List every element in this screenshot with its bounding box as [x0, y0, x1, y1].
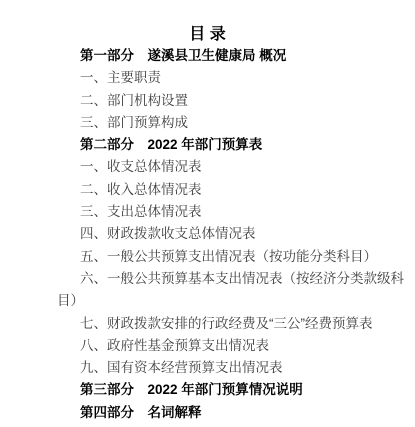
toc-heading-part-1: 第一部分 遂溪县卫生健康局 概况 [0, 45, 415, 67]
toc-heading-part-4: 第四部分 名词解释 [0, 402, 415, 424]
toc-item-continuation: 目） [0, 290, 415, 312]
toc-item: 六、一般公共预算基本支出情况表（按经济分类款级科 [0, 268, 415, 290]
toc-heading-part-3: 第三部分 2022 年部门预算情况说明 [0, 379, 415, 401]
toc-item: 一、主要职责 [0, 67, 415, 89]
toc-item: 七、财政拨款安排的行政经费及“三公”经费预算表 [0, 313, 415, 335]
toc-item: 五、一般公共预算支出情况表（按功能分类科目） [0, 246, 415, 268]
document-page: 目 录 第一部分 遂溪县卫生健康局 概况 一、主要职责 二、部门机构设置 三、部… [0, 0, 415, 427]
page-title: 目 录 [0, 25, 415, 45]
toc-item: 二、收入总体情况表 [0, 179, 415, 201]
toc-item: 三、部门预算构成 [0, 112, 415, 134]
toc-item: 三、支出总体情况表 [0, 201, 415, 223]
toc-item: 九、国有资本经营预算支出情况表 [0, 357, 415, 379]
toc-item: 一、收支总体情况表 [0, 156, 415, 178]
toc-item: 二、部门机构设置 [0, 90, 415, 112]
toc-list: 第一部分 遂溪县卫生健康局 概况 一、主要职责 二、部门机构设置 三、部门预算构… [0, 45, 415, 424]
toc-heading-part-2: 第二部分 2022 年部门预算表 [0, 134, 415, 156]
toc-item: 八、政府性基金预算支出情况表 [0, 335, 415, 357]
toc-item: 四、财政拨款收支总体情况表 [0, 223, 415, 245]
